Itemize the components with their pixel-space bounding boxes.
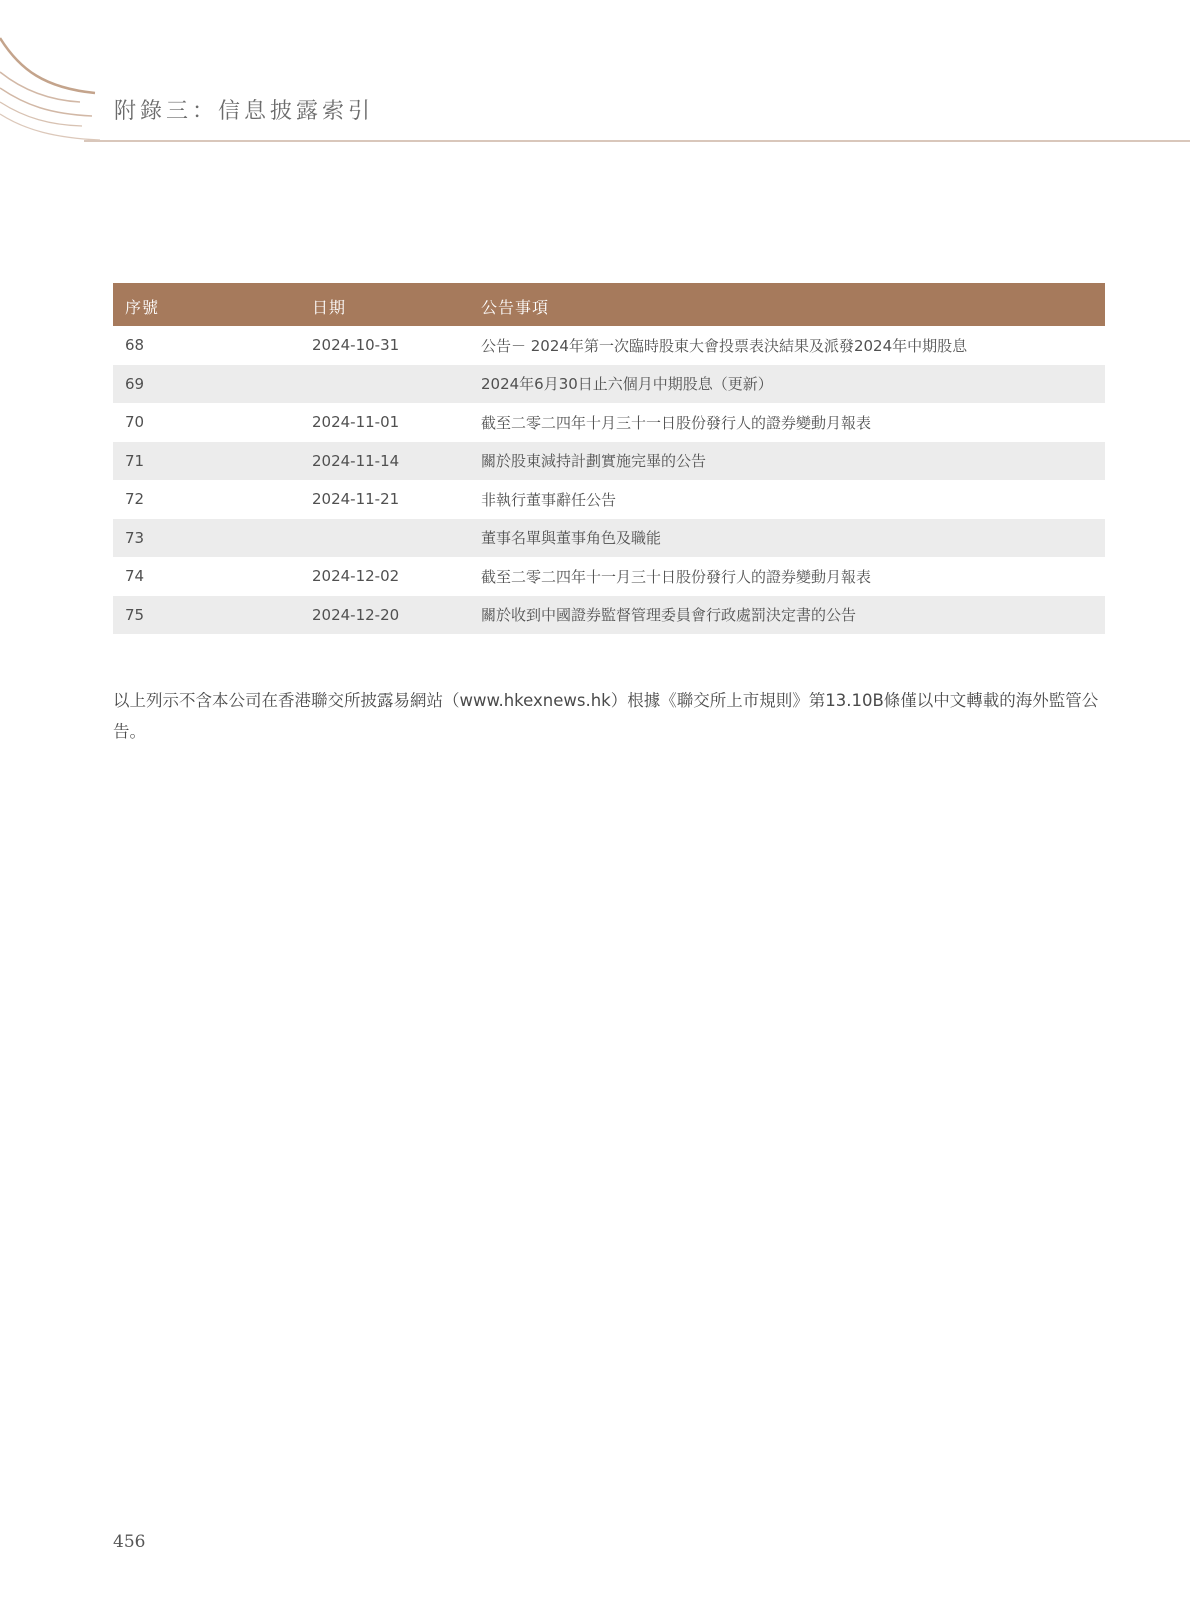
table-row: 75 2024-12-20 關於收到中國證券監督管理委員會行政處罰決定書的公告: [113, 596, 1105, 635]
row-number: 69: [113, 365, 300, 404]
row-date: [300, 365, 469, 404]
row-number: 72: [113, 480, 300, 519]
header-divider: [84, 140, 1190, 142]
page-title: 附錄三：信息披露索引: [114, 94, 374, 125]
row-number: 75: [113, 596, 300, 635]
table-row: 74 2024-12-02 截至二零二四年十一月三十日股份發行人的證券變動月報表: [113, 557, 1105, 596]
table-row: 72 2024-11-21 非執行董事辭任公告: [113, 480, 1105, 519]
table-row: 73 董事名單與董事角色及職能: [113, 519, 1105, 558]
row-item: 關於股東減持計劃實施完畢的公告: [469, 442, 1105, 481]
row-item: 截至二零二四年十一月三十日股份發行人的證券變動月報表: [469, 557, 1105, 596]
row-item: 公告－ 2024年第一次臨時股東大會投票表決結果及派發2024年中期股息: [469, 326, 1105, 365]
decorative-arcs-icon: [0, 30, 100, 145]
row-number: 74: [113, 557, 300, 596]
row-date: 2024-12-02: [300, 557, 469, 596]
row-number: 68: [113, 326, 300, 365]
row-number: 71: [113, 442, 300, 481]
row-number: 73: [113, 519, 300, 558]
row-date: 2024-10-31: [300, 326, 469, 365]
row-date: [300, 519, 469, 558]
table-row: 69 2024年6月30日止六個月中期股息（更新）: [113, 365, 1105, 404]
row-item: 關於收到中國證券監督管理委員會行政處罰決定書的公告: [469, 596, 1105, 635]
column-header-date: 日期: [300, 283, 469, 326]
table-row: 71 2024-11-14 關於股東減持計劃實施完畢的公告: [113, 442, 1105, 481]
table-header-row: 序號 日期 公告事項: [113, 283, 1105, 326]
row-item: 截至二零二四年十月三十一日股份發行人的證券變動月報表: [469, 403, 1105, 442]
row-date: 2024-11-01: [300, 403, 469, 442]
row-item: 董事名單與董事角色及職能: [469, 519, 1105, 558]
column-header-number: 序號: [113, 283, 300, 326]
column-header-item: 公告事項: [469, 283, 1105, 326]
row-date: 2024-11-21: [300, 480, 469, 519]
page-number: 456: [113, 1532, 145, 1552]
disclosure-index-table: 序號 日期 公告事項 68 2024-10-31 公告－ 2024年第一次臨時股…: [113, 283, 1105, 634]
row-date: 2024-11-14: [300, 442, 469, 481]
row-item: 2024年6月30日止六個月中期股息（更新）: [469, 365, 1105, 404]
table-row: 68 2024-10-31 公告－ 2024年第一次臨時股東大會投票表決結果及派…: [113, 326, 1105, 365]
row-number: 70: [113, 403, 300, 442]
row-item: 非執行董事辭任公告: [469, 480, 1105, 519]
footnote-paragraph: 以上列示不含本公司在香港聯交所披露易網站（www.hkexnews.hk）根據《…: [113, 685, 1108, 747]
table-row: 70 2024-11-01 截至二零二四年十月三十一日股份發行人的證券變動月報表: [113, 403, 1105, 442]
row-date: 2024-12-20: [300, 596, 469, 635]
